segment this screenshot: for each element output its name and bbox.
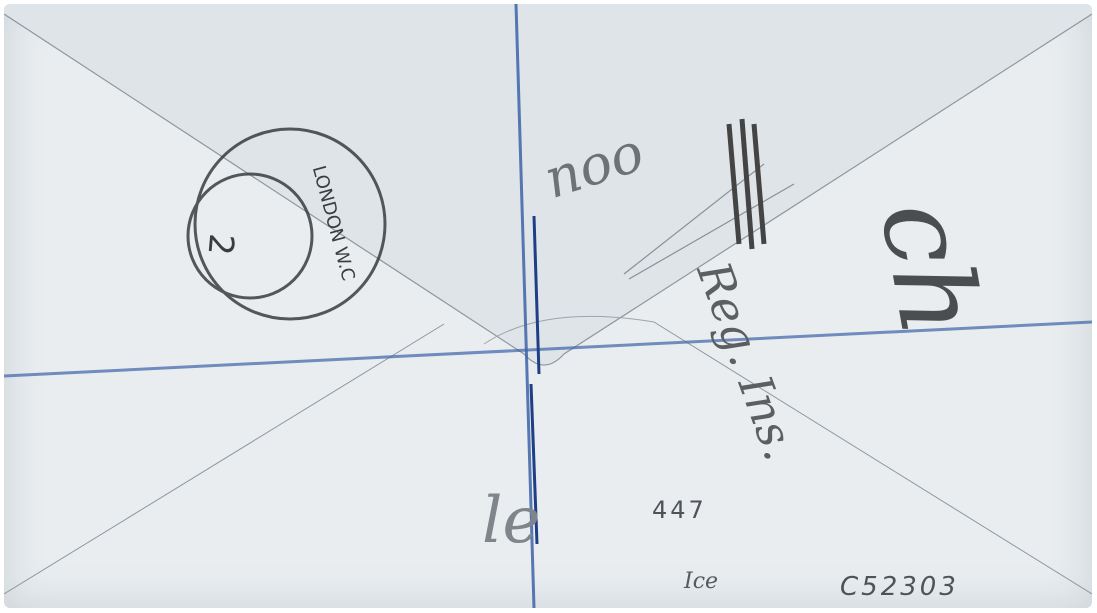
postmark-number: 2 xyxy=(200,232,242,257)
pencil-number: 447 xyxy=(652,496,707,524)
pencil-initials: Ice xyxy=(684,569,718,594)
reference-code: C52303 xyxy=(840,572,959,602)
handwriting-right: ch xyxy=(856,192,1005,345)
pencil-mark: le xyxy=(482,484,540,558)
envelope-back: 2 LONDON W.C noo Reg. Ins. ch 447 Ice C5… xyxy=(4,4,1092,608)
